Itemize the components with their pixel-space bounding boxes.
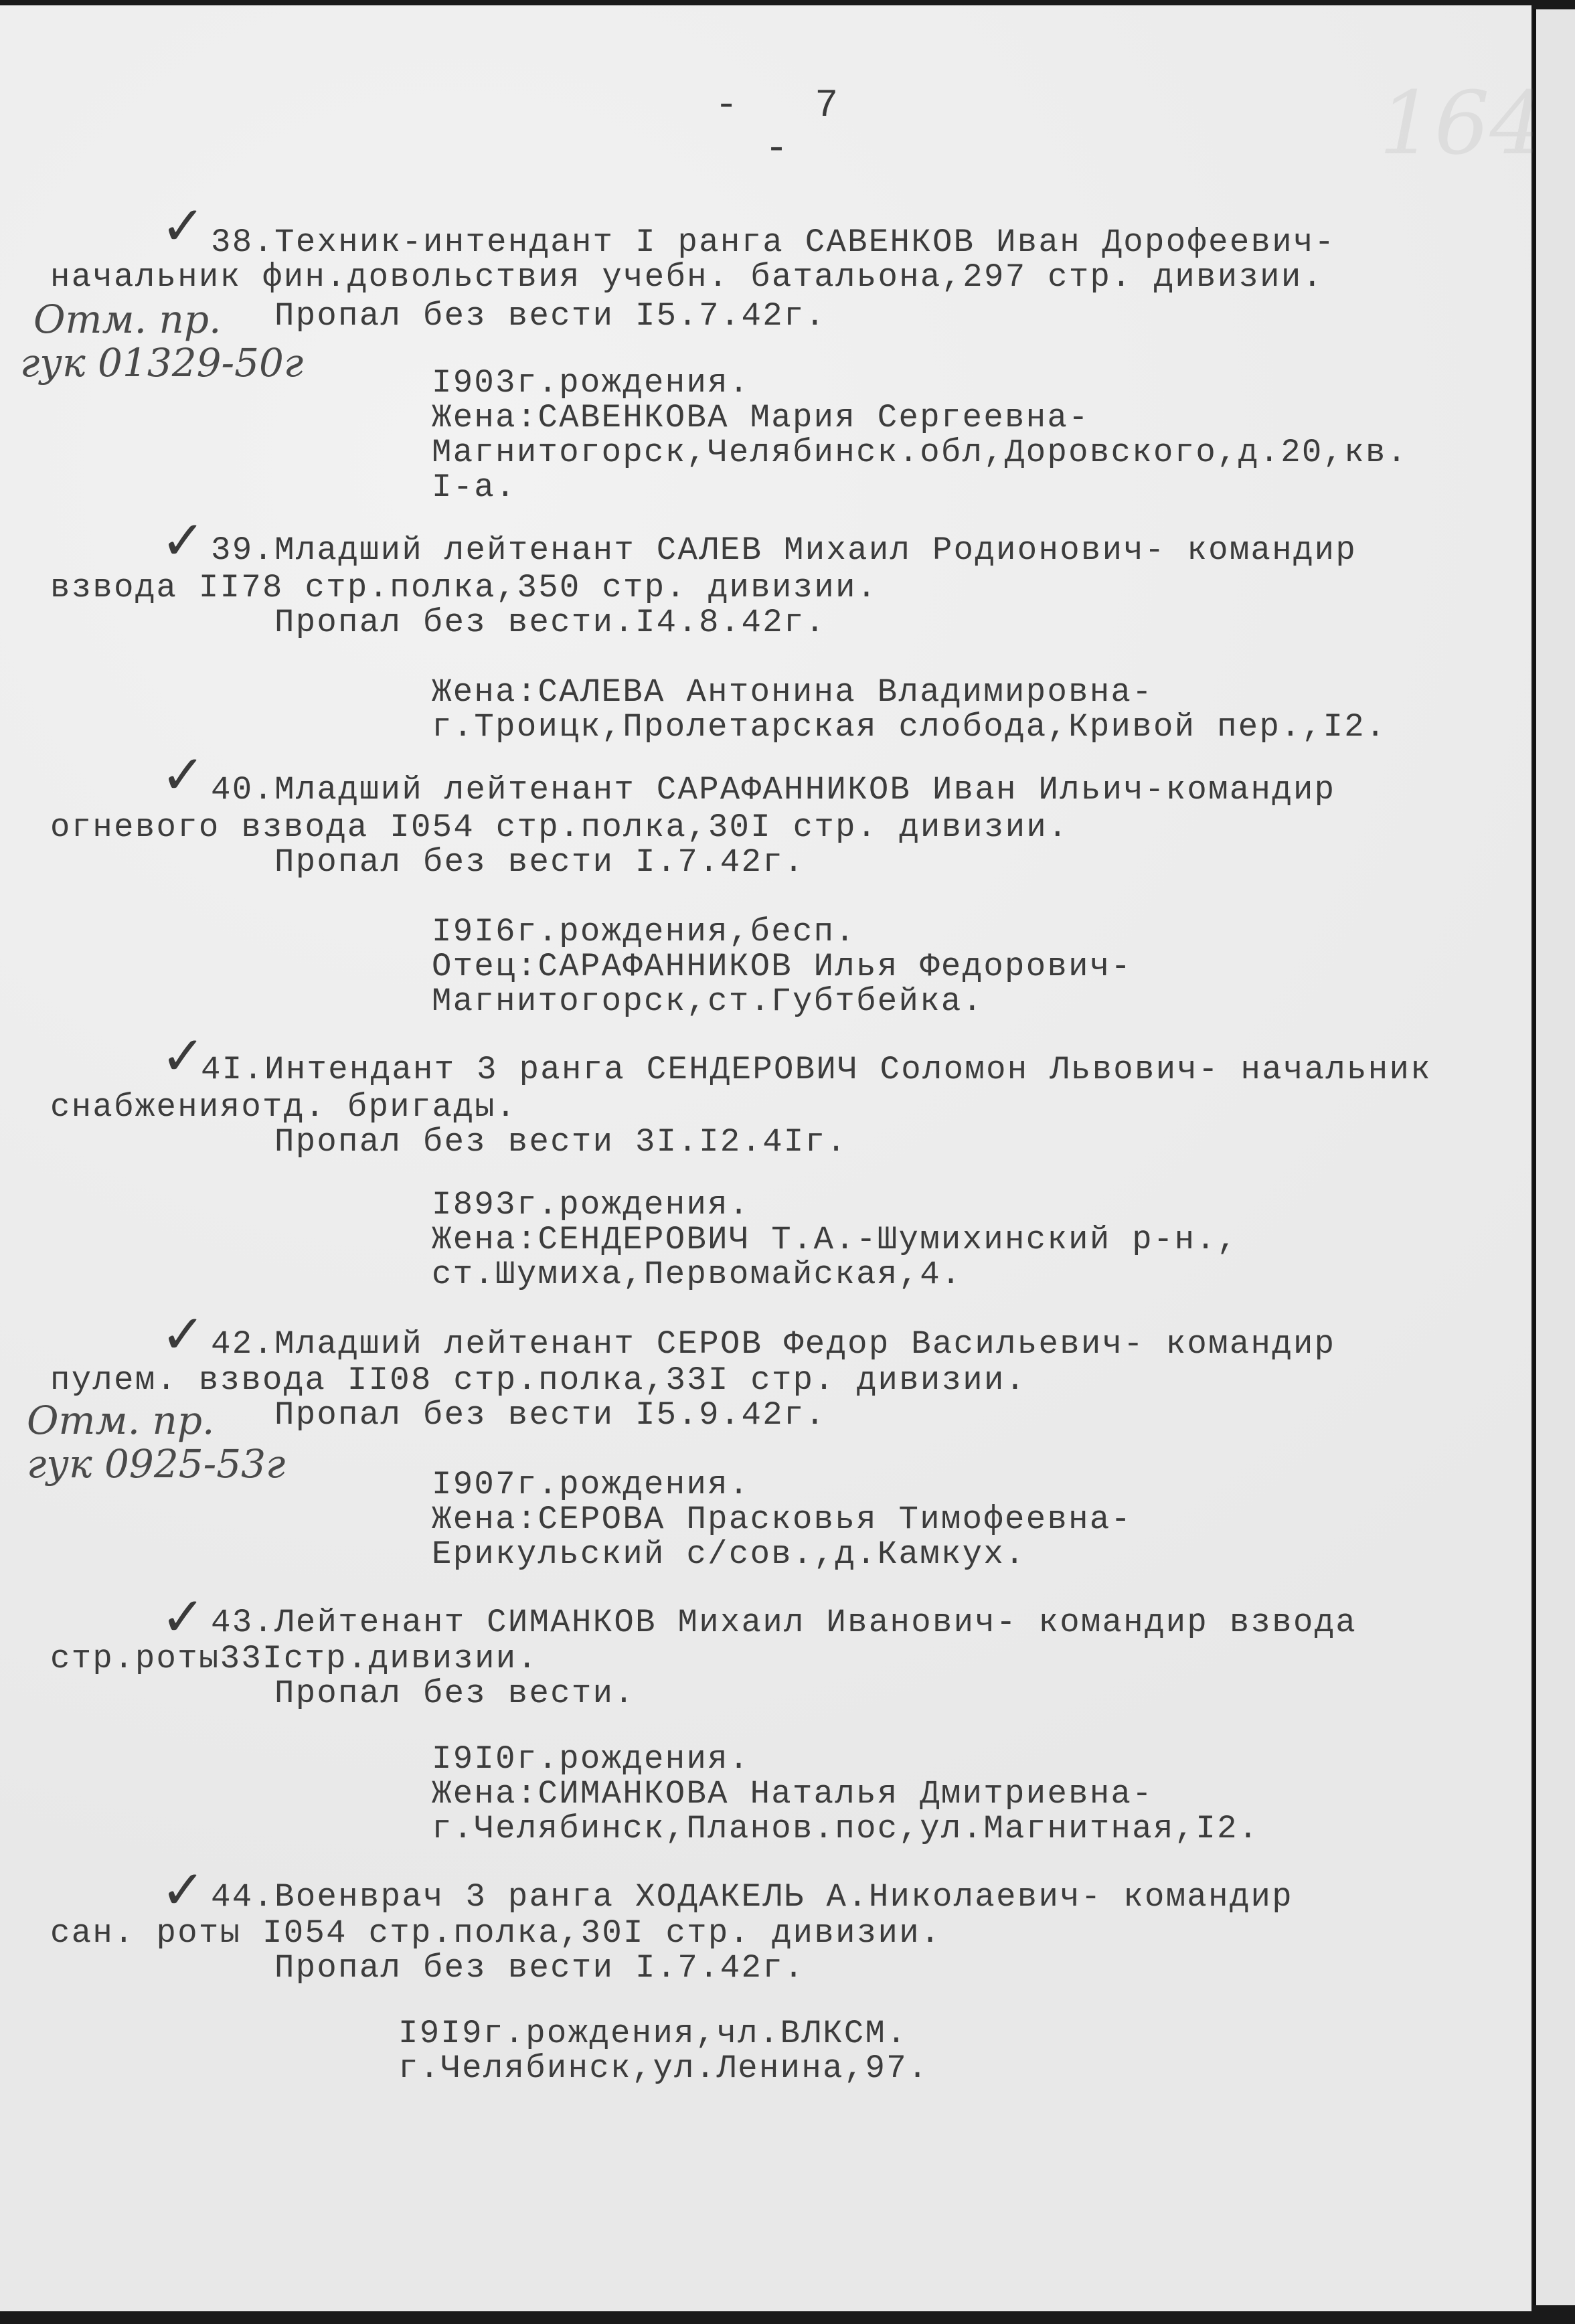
entry-missing-date: Пропал без вести I5.7.42г. — [274, 300, 826, 333]
check-mark-icon: ✓ — [161, 1590, 205, 1644]
handwritten-note-line2: гук 0925-53г — [27, 1444, 285, 1483]
entry-birth-year: I893г.рождения. — [432, 1189, 750, 1222]
entry-header: 39.Младший лейтенант САЛЕВ Михаил Родион… — [211, 534, 1357, 567]
check-mark-icon: ✓ — [161, 1863, 205, 1917]
entry-position: взвода II78 стр.полка,350 стр. дивизии. — [50, 572, 878, 604]
entry-position: стр.роты33Iстр.дивизии. — [50, 1643, 538, 1675]
handwritten-note-line1: Отм. пр. — [33, 300, 221, 339]
entry-header: 40.Младший лейтенант САРАФАННИКОВ Иван И… — [211, 774, 1335, 807]
entry-missing-date: Пропал без вести. — [274, 1677, 635, 1710]
entry-birth-year: I9I9г.рождения,чл.ВЛКСМ. — [398, 2017, 908, 2050]
entry-address: г.Троицк,Пролетарская слобода,Кривой пер… — [432, 711, 1387, 744]
entry-relative: Жена:СИМАНКОВА Наталья Дмитриевна- — [432, 1778, 1153, 1811]
handwritten-note-line1: Отм. пр. — [27, 1401, 214, 1440]
entry-relative: Отец:САРАФАННИКОВ Илья Федорович- — [432, 950, 1132, 983]
document-page: 164 - 7 - ✓ 38.Техник-интендант I ранга … — [0, 5, 1531, 2311]
entry-missing-date: Пропал без вести I.7.42г. — [274, 846, 805, 879]
entry-missing-date: Пропал без вести.I4.8.42г. — [274, 606, 826, 639]
check-mark-icon: ✓ — [161, 514, 205, 568]
entry-address: ст.Шумиха,Первомайская,4. — [432, 1258, 963, 1291]
bleed-through-number: 164 — [1379, 72, 1545, 174]
entry-birth-year: I9I6г.рождения,бесп. — [432, 916, 856, 948]
entry-address: г.Челябинск,ул.Ленина,97. — [398, 2052, 929, 2085]
entry-relative: Жена:СЕРОВА Прасковья Тимофеевна- — [432, 1503, 1132, 1536]
check-mark-icon: ✓ — [161, 1029, 205, 1083]
entry-relative: Жена:САВЕНКОВА Мария Сергеевна- — [432, 402, 1090, 434]
entry-missing-date: Пропал без вести I5.9.42г. — [274, 1399, 826, 1432]
entry-address: Ерикульский с/сов.,д.Камкух. — [432, 1538, 1026, 1571]
entry-birth-year: I907г.рождения. — [432, 1469, 750, 1501]
page-number: - 7 - — [683, 84, 897, 171]
entry-missing-date: Пропал без вести I.7.42г. — [274, 1952, 805, 1985]
check-mark-icon: ✓ — [161, 748, 205, 802]
handwritten-note-line2: гук 01329-50г — [20, 343, 303, 382]
entry-position: снабженияотд. бригады. — [50, 1091, 517, 1124]
entry-missing-date: Пропал без вести 3I.I2.4Iг. — [274, 1126, 847, 1159]
entry-position: огневого взвода I054 стр.полка,30I стр. … — [50, 811, 1069, 844]
entry-header: 43.Лейтенант СИМАНКОВ Михаил Иванович- к… — [211, 1606, 1357, 1639]
entry-birth-year: I903г.рождения. — [432, 367, 750, 400]
entry-header: 38.Техник-интендант I ранга САВЕНКОВ Ива… — [211, 226, 1335, 259]
adjacent-page-edge — [1533, 9, 1575, 2305]
entry-position: начальник фин.довольствия учебн. батальо… — [50, 261, 1323, 294]
entry-address: Магнитогорск,ст.Губтбейка. — [432, 985, 983, 1018]
entry-header: 42.Младший лейтенант СЕРОВ Федор Василье… — [211, 1328, 1335, 1361]
check-mark-icon: ✓ — [161, 199, 205, 253]
entry-position: сан. роты I054 стр.полка,30I стр. дивизи… — [50, 1917, 942, 1950]
entry-birth-year: I9I0г.рождения. — [432, 1743, 750, 1776]
entry-relative: Жена:СЕНДЕРОВИЧ Т.А.-Шумихинский р-н., — [432, 1224, 1238, 1256]
entry-position: пулем. взвода II08 стр.полка,33I стр. ди… — [50, 1364, 1026, 1397]
entry-address-cont: I-а. — [432, 471, 517, 504]
entry-header: 4I.Интендант 3 ранга СЕНДЕРОВИЧ Соломон … — [201, 1054, 1432, 1086]
entry-relative: Жена:САЛЕВА Антонина Владимировна- — [432, 676, 1153, 709]
entry-header: 44.Военврач 3 ранга ХОДАКЕЛЬ А.Николаеви… — [211, 1881, 1293, 1914]
entry-address: Магнитогорск,Челябинск.обл,Доровского,д.… — [432, 436, 1408, 469]
entry-address: г.Челябинск,Планов.пос,ул.Магнитная,I2. — [432, 1813, 1260, 1845]
check-mark-icon: ✓ — [161, 1308, 205, 1361]
